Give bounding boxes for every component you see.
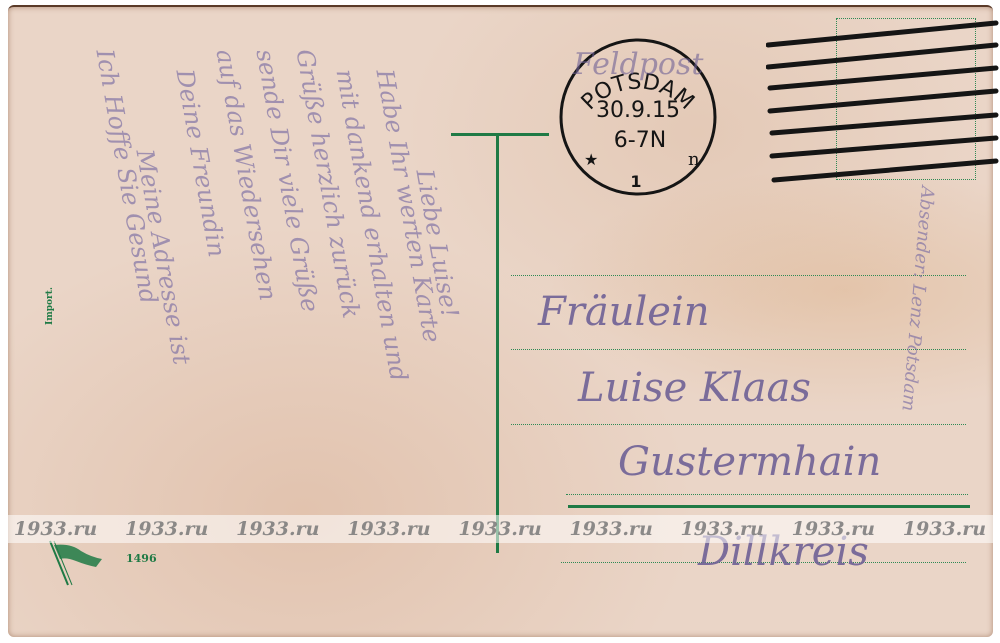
watermark-text: 1933.ru [236,518,319,540]
address-line-2 [511,349,966,350]
watermark-text: 1933.ru [681,518,764,540]
address-line-1 [511,275,966,276]
watermark-text: 1933.ru [125,518,208,540]
import-label: Import. [45,287,55,325]
feldpost-annotation: Feldpost [573,47,703,82]
flag-logo-icon [46,537,106,587]
watermark-strip: 1933.ru 1933.ru 1933.ru 1933.ru 1933.ru … [0,515,1000,543]
watermark-text: 1933.ru [903,518,986,540]
postmark-letter: n [688,149,700,170]
address-town: Gustermhain [618,439,881,485]
address-salutation: Fräulein [538,289,710,335]
postmark-office-number: 1 [630,172,641,191]
divider-top-bar [451,133,549,136]
address-line-3 [511,424,966,425]
postmark-time: 6-7N [614,128,666,153]
watermark-text: 1933.ru [347,518,430,540]
postmark-date: 30.9.15 [596,98,680,123]
watermark-text: 1933.ru [792,518,875,540]
address-name: Luise Klaas [578,365,811,411]
divider-vertical-line [496,133,499,553]
watermark-text: 1933.ru [458,518,541,540]
postmark-star: ★ [584,150,598,169]
side-note: Absender: Lenz Potsdam [897,185,938,412]
card-number: 1496 [126,552,157,565]
watermark-text: 1933.ru [569,518,652,540]
address-line-4 [566,494,968,495]
address-underline [568,505,970,508]
cancellation-bars [766,15,1000,185]
watermark-text: 1933.ru [14,518,97,540]
